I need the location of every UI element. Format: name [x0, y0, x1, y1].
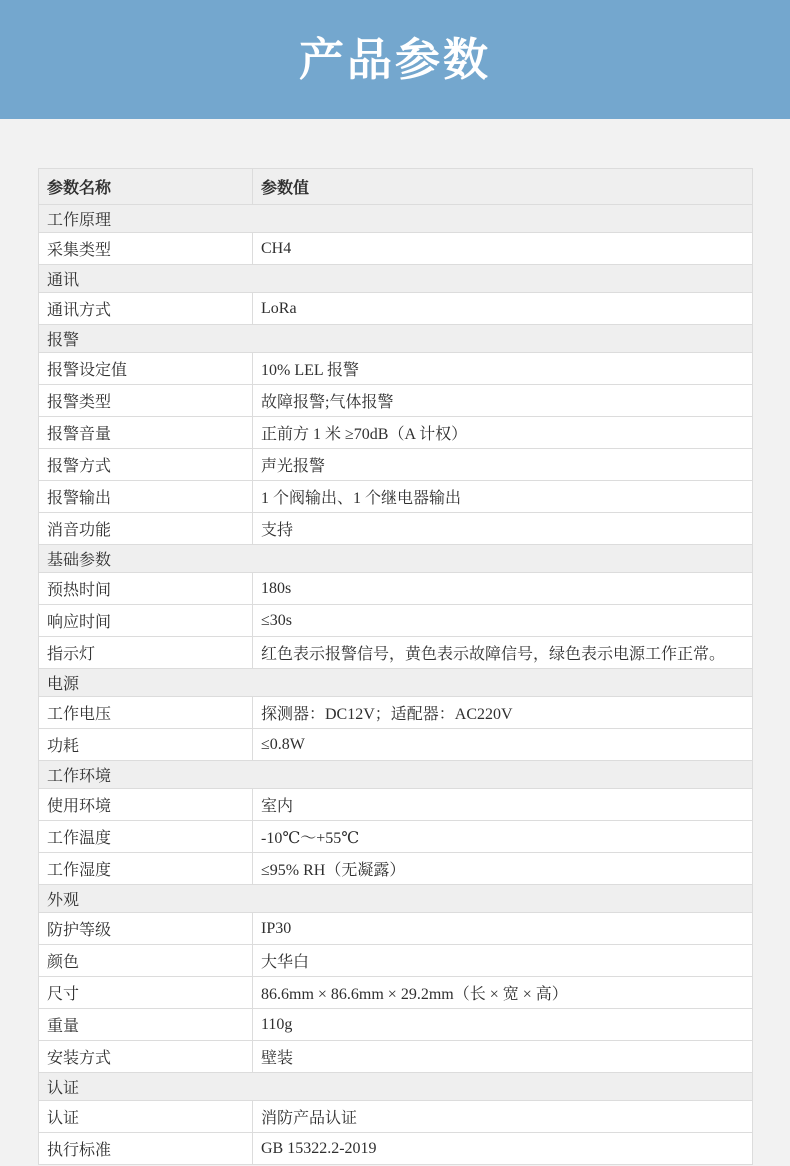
- table-row: 重量110g: [39, 1009, 753, 1041]
- param-value: CH4: [253, 233, 753, 265]
- param-value: -10℃～+55℃: [253, 821, 753, 853]
- param-value: 110g: [253, 1009, 753, 1041]
- table-header-row: 参数名称参数值: [39, 169, 753, 205]
- param-value: LoRa: [253, 293, 753, 325]
- section-row: 认证: [39, 1073, 753, 1101]
- param-value: ≤0.8W: [253, 729, 753, 761]
- section-label: 认证: [39, 1073, 753, 1101]
- section-label: 报警: [39, 325, 753, 353]
- param-name: 采集类型: [39, 233, 253, 265]
- section-label: 工作环境: [39, 761, 753, 789]
- param-value: ≤30s: [253, 605, 753, 637]
- param-value: 故障报警;气体报警: [253, 385, 753, 417]
- table-row: 指示灯红色表示报警信号，黄色表示故障信号，绿色表示电源工作正常。: [39, 637, 753, 669]
- table-row: 报警输出1 个阀输出、1 个继电器输出: [39, 481, 753, 513]
- param-name: 工作湿度: [39, 853, 253, 885]
- param-name: 重量: [39, 1009, 253, 1041]
- table-row: 认证消防产品认证: [39, 1101, 753, 1133]
- param-value: 红色表示报警信号，黄色表示故障信号，绿色表示电源工作正常。: [253, 637, 753, 669]
- section-label: 外观: [39, 885, 753, 913]
- section-row: 外观: [39, 885, 753, 913]
- param-value: 1 个阀输出、1 个继电器输出: [253, 481, 753, 513]
- param-name: 尺寸: [39, 977, 253, 1009]
- table-row: 工作电压探测器：DC12V；适配器：AC220V: [39, 697, 753, 729]
- param-name: 认证: [39, 1101, 253, 1133]
- param-name: 颜色: [39, 945, 253, 977]
- param-name: 功耗: [39, 729, 253, 761]
- table-row: 报警设定值10% LEL 报警: [39, 353, 753, 385]
- section-row: 基础参数: [39, 545, 753, 573]
- param-name: 通讯方式: [39, 293, 253, 325]
- section-label: 工作原理: [39, 205, 753, 233]
- section-row: 工作原理: [39, 205, 753, 233]
- param-name: 报警输出: [39, 481, 253, 513]
- param-name: 使用环境: [39, 789, 253, 821]
- table-row: 防护等级IP30: [39, 913, 753, 945]
- spec-table-body: 工作原理采集类型CH4通讯通讯方式LoRa报警报警设定值10% LEL 报警报警…: [39, 205, 753, 1165]
- table-row: 颜色大华白: [39, 945, 753, 977]
- param-value: IP30: [253, 913, 753, 945]
- param-name: 报警方式: [39, 449, 253, 481]
- param-name: 指示灯: [39, 637, 253, 669]
- param-value: 正前方 1 米 ≥70dB（A 计权）: [253, 417, 753, 449]
- banner: 产品参数: [0, 0, 790, 119]
- param-name: 报警音量: [39, 417, 253, 449]
- column-header: 参数值: [253, 169, 753, 205]
- section-label: 基础参数: [39, 545, 753, 573]
- table-row: 安装方式壁装: [39, 1041, 753, 1073]
- table-row: 报警类型故障报警;气体报警: [39, 385, 753, 417]
- table-row: 报警方式声光报警: [39, 449, 753, 481]
- param-value: 室内: [253, 789, 753, 821]
- param-name: 防护等级: [39, 913, 253, 945]
- param-name: 工作电压: [39, 697, 253, 729]
- param-name: 预热时间: [39, 573, 253, 605]
- param-name: 报警设定值: [39, 353, 253, 385]
- table-row: 采集类型CH4: [39, 233, 753, 265]
- param-value: 消防产品认证: [253, 1101, 753, 1133]
- table-row: 工作湿度≤95% RH（无凝露）: [39, 853, 753, 885]
- table-row: 使用环境室内: [39, 789, 753, 821]
- param-value: GB 15322.2-2019: [253, 1133, 753, 1165]
- table-row: 尺寸86.6mm × 86.6mm × 29.2mm（长 × 宽 × 高）: [39, 977, 753, 1009]
- param-value: ≤95% RH（无凝露）: [253, 853, 753, 885]
- param-value: 探测器：DC12V；适配器：AC220V: [253, 697, 753, 729]
- param-name: 消音功能: [39, 513, 253, 545]
- param-value: 10% LEL 报警: [253, 353, 753, 385]
- param-name: 安装方式: [39, 1041, 253, 1073]
- table-row: 预热时间180s: [39, 573, 753, 605]
- table-row: 响应时间≤30s: [39, 605, 753, 637]
- table-row: 功耗≤0.8W: [39, 729, 753, 761]
- table-row: 执行标准GB 15322.2-2019: [39, 1133, 753, 1165]
- section-label: 通讯: [39, 265, 753, 293]
- param-value: 声光报警: [253, 449, 753, 481]
- page-title: 产品参数: [299, 37, 491, 82]
- param-value: 大华白: [253, 945, 753, 977]
- section-row: 通讯: [39, 265, 753, 293]
- param-value: 86.6mm × 86.6mm × 29.2mm（长 × 宽 × 高）: [253, 977, 753, 1009]
- table-row: 通讯方式LoRa: [39, 293, 753, 325]
- param-value: 壁装: [253, 1041, 753, 1073]
- param-name: 报警类型: [39, 385, 253, 417]
- param-name: 工作温度: [39, 821, 253, 853]
- section-label: 电源: [39, 669, 753, 697]
- section-row: 报警: [39, 325, 753, 353]
- param-name: 响应时间: [39, 605, 253, 637]
- param-value: 支持: [253, 513, 753, 545]
- spec-table: 参数名称参数值 工作原理采集类型CH4通讯通讯方式LoRa报警报警设定值10% …: [38, 168, 753, 1165]
- section-row: 电源: [39, 669, 753, 697]
- param-name: 执行标准: [39, 1133, 253, 1165]
- spec-table-container: 参数名称参数值 工作原理采集类型CH4通讯通讯方式LoRa报警报警设定值10% …: [38, 168, 752, 1165]
- table-row: 工作温度-10℃～+55℃: [39, 821, 753, 853]
- param-value: 180s: [253, 573, 753, 605]
- table-row: 消音功能支持: [39, 513, 753, 545]
- table-row: 报警音量正前方 1 米 ≥70dB（A 计权）: [39, 417, 753, 449]
- section-row: 工作环境: [39, 761, 753, 789]
- column-header: 参数名称: [39, 169, 253, 205]
